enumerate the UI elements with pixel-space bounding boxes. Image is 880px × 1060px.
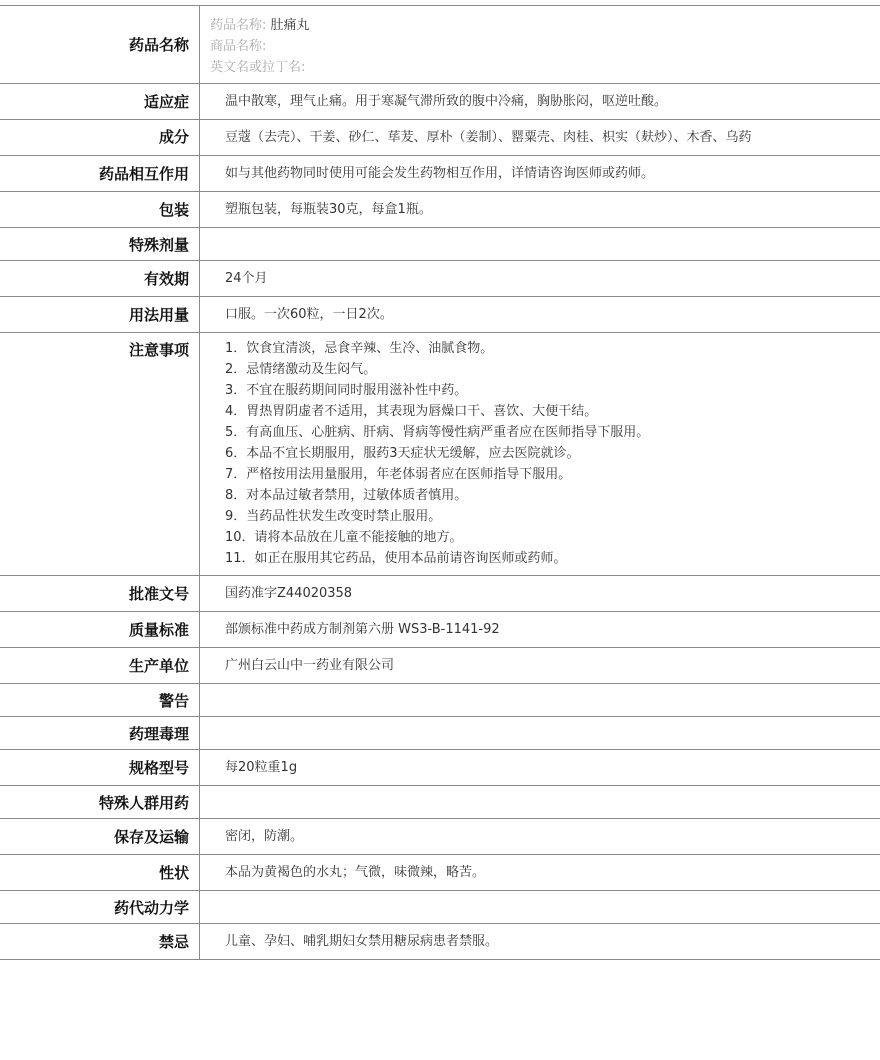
row-label: 生产单位 <box>0 648 200 683</box>
row-value: 口服。一次60粒，一日2次。 <box>200 297 880 332</box>
row-shelf-life: 有效期 24个月 <box>0 261 880 297</box>
precaution-item: 6．本品不宜长期服用，服药3天症状无缓解，应去医院就诊。 <box>225 443 855 464</box>
row-value: 药品名称: 肚痛丸 商品名称: 英文名或拉丁名: <box>200 6 880 83</box>
row-label: 性状 <box>0 855 200 890</box>
row-precautions: 注意事项 1．饮食宜清淡，忌食辛辣、生冷、油腻食物。 2．忌情绪激动及生闷气。 … <box>0 333 880 576</box>
row-label: 保存及运输 <box>0 819 200 854</box>
row-label: 警告 <box>0 684 200 716</box>
row-contraindications: 禁忌 儿童、孕妇、哺乳期妇女禁用糖尿病患者禁服。 <box>0 924 880 960</box>
precaution-item: 2．忌情绪激动及生闷气。 <box>225 359 855 380</box>
row-value: 如与其他药物同时使用可能会发生药物相互作用，详情请咨询医师或药师。 <box>200 156 880 191</box>
row-pharmacokinetics: 药代动力学 <box>0 891 880 924</box>
row-warning: 警告 <box>0 684 880 717</box>
row-packaging: 包装 塑瓶包装，每瓶装30克，每盒1瓶。 <box>0 192 880 228</box>
row-value: 国药准字Z44020358 <box>200 576 880 611</box>
row-value <box>200 228 880 260</box>
row-label: 有效期 <box>0 261 200 296</box>
row-value <box>200 684 880 716</box>
precaution-item: 3．不宜在服药期间同时服用滋补性中药。 <box>225 380 855 401</box>
row-label: 成分 <box>0 120 200 155</box>
row-value: 温中散寒，理气止痛。用于寒凝气滞所致的腹中冷痛，胸胁胀闷，呕逆吐酸。 <box>200 84 880 119</box>
row-drug-name: 药品名称 药品名称: 肚痛丸 商品名称: 英文名或拉丁名: <box>0 6 880 84</box>
row-value: 24个月 <box>200 261 880 296</box>
row-value <box>200 891 880 923</box>
trade-name-line: 商品名称: <box>210 36 855 57</box>
row-special-populations: 特殊人群用药 <box>0 786 880 819</box>
row-pharmacology: 药理毒理 <box>0 717 880 750</box>
row-label: 药品相互作用 <box>0 156 200 191</box>
row-value: 每20粒重1g <box>200 750 880 785</box>
row-label: 特殊剂量 <box>0 228 200 260</box>
row-label: 注意事项 <box>0 333 200 575</box>
generic-name-label: 药品名称: <box>210 18 266 33</box>
row-label: 质量标准 <box>0 612 200 647</box>
trade-name-label: 商品名称: <box>210 39 266 54</box>
precaution-item: 5．有高血压、心脏病、肝病、肾病等慢性病严重者应在医师指导下服用。 <box>225 422 855 443</box>
row-specification: 规格型号 每20粒重1g <box>0 750 880 786</box>
row-special-dosage: 特殊剂量 <box>0 228 880 261</box>
generic-name-value: 肚痛丸 <box>271 18 310 33</box>
english-name-label: 英文名或拉丁名: <box>210 60 305 75</box>
row-interactions: 药品相互作用 如与其他药物同时使用可能会发生药物相互作用，详情请咨询医师或药师。 <box>0 156 880 192</box>
row-value: 本品为黄褐色的水丸；气微，味微辣，略苦。 <box>200 855 880 890</box>
precaution-item: 7．严格按用法用量服用，年老体弱者应在医师指导下服用。 <box>225 464 855 485</box>
generic-name-line: 药品名称: 肚痛丸 <box>210 15 855 36</box>
row-label: 药代动力学 <box>0 891 200 923</box>
row-label: 批准文号 <box>0 576 200 611</box>
row-label: 用法用量 <box>0 297 200 332</box>
row-label: 包装 <box>0 192 200 227</box>
row-storage: 保存及运输 密闭，防潮。 <box>0 819 880 855</box>
english-name-line: 英文名或拉丁名: <box>210 57 855 78</box>
row-label: 禁忌 <box>0 924 200 959</box>
precaution-item: 1．饮食宜清淡，忌食辛辣、生冷、油腻食物。 <box>225 338 855 359</box>
row-description: 性状 本品为黄褐色的水丸；气微，味微辣，略苦。 <box>0 855 880 891</box>
row-dosage: 用法用量 口服。一次60粒，一日2次。 <box>0 297 880 333</box>
row-indications: 适应症 温中散寒，理气止痛。用于寒凝气滞所致的腹中冷痛，胸胁胀闷，呕逆吐酸。 <box>0 84 880 120</box>
row-value: 儿童、孕妇、哺乳期妇女禁用糖尿病患者禁服。 <box>200 924 880 959</box>
row-value: 部颁标准中药成方制剂第六册 WS3-B-1141-92 <box>200 612 880 647</box>
row-value: 广州白云山中一药业有限公司 <box>200 648 880 683</box>
row-label: 药理毒理 <box>0 717 200 749</box>
row-label: 适应症 <box>0 84 200 119</box>
precaution-item: 11．如正在服用其它药品，使用本品前请咨询医师或药师。 <box>225 548 855 569</box>
row-label: 药品名称 <box>0 6 200 83</box>
precaution-item: 4．胃热胃阴虚者不适用，其表现为唇燥口干、喜饮、大便干结。 <box>225 401 855 422</box>
precautions-list: 1．饮食宜清淡，忌食辛辣、生冷、油腻食物。 2．忌情绪激动及生闷气。 3．不宜在… <box>200 333 880 575</box>
row-value: 豆蔻（去壳）、干姜、砂仁、荜茇、厚朴（姜制）、罂粟壳、肉桂、枳实（麸炒）、木香、… <box>200 120 880 155</box>
row-ingredients: 成分 豆蔻（去壳）、干姜、砂仁、荜茇、厚朴（姜制）、罂粟壳、肉桂、枳实（麸炒）、… <box>0 120 880 156</box>
row-value: 密闭，防潮。 <box>200 819 880 854</box>
row-value <box>200 717 880 749</box>
row-value: 塑瓶包装，每瓶装30克，每盒1瓶。 <box>200 192 880 227</box>
row-approval-number: 批准文号 国药准字Z44020358 <box>0 576 880 612</box>
row-label: 规格型号 <box>0 750 200 785</box>
precaution-item: 10．请将本品放在儿童不能接触的地方。 <box>225 527 855 548</box>
row-quality-standard: 质量标准 部颁标准中药成方制剂第六册 WS3-B-1141-92 <box>0 612 880 648</box>
precaution-item: 9．当药品性状发生改变时禁止服用。 <box>225 506 855 527</box>
row-manufacturer: 生产单位 广州白云山中一药业有限公司 <box>0 648 880 684</box>
row-label: 特殊人群用药 <box>0 786 200 818</box>
row-value <box>200 786 880 818</box>
precaution-item: 8．对本品过敏者禁用，过敏体质者慎用。 <box>225 485 855 506</box>
drug-info-table: 药品名称 药品名称: 肚痛丸 商品名称: 英文名或拉丁名: 适应症 温中散寒，理… <box>0 5 880 960</box>
